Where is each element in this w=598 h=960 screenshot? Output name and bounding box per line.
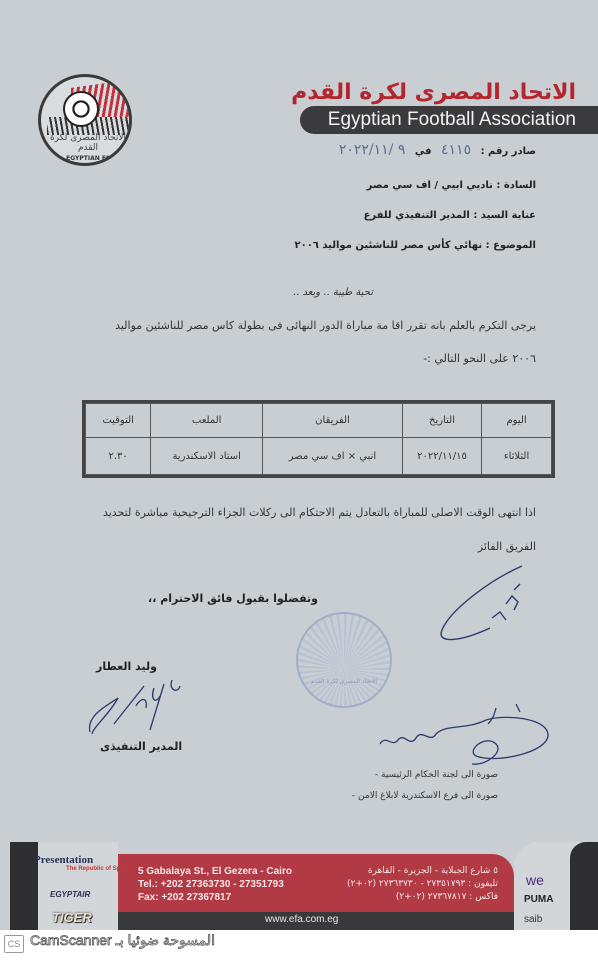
body-paragraph-1-line-2: ٢٠٠٦ على النحو التالي :- bbox=[423, 352, 536, 365]
logo-text-ar: الاتحاد المصرى لكرة القدم bbox=[49, 133, 127, 153]
association-title-en: Egyptian Football Association bbox=[328, 109, 576, 131]
reference-date-label: في bbox=[415, 146, 432, 157]
copy-to-2: صورة الى فرع الاسكندرية لابلاغ الامن - bbox=[352, 791, 498, 801]
official-stamp-icon bbox=[296, 612, 392, 708]
phone-en: Tel.: +202 27363730 - 27351793 bbox=[138, 879, 284, 890]
puma-logo-icon: PUMA bbox=[524, 894, 553, 905]
addressee: السادة : ناديي ابيي / اف سي مصر bbox=[367, 180, 536, 191]
association-title-ar: الاتحاد المصرى لكرة القدم bbox=[291, 80, 576, 105]
letterhead-footer: 5 Gabalaya St., El Gezera - Cairo Tel.: … bbox=[10, 842, 598, 930]
address-ar: ٥ شارع الجبلاية - الجزيرة - القاهرة bbox=[368, 866, 498, 876]
signatory-name: وليد العطار bbox=[96, 660, 157, 673]
signature-right-top-icon bbox=[430, 560, 530, 650]
body-paragraph-1-line-1: يرجى التكرم بالعلم بانه تقرر اقا مة مبار… bbox=[115, 319, 536, 332]
sports-tagline: The Republic of Sports bbox=[66, 866, 132, 872]
logo-text-en: EGYPTIAN FA bbox=[55, 155, 121, 162]
address-en: 5 Gabalaya St., El Gezera - Cairo bbox=[138, 866, 292, 877]
body-paragraph-2-line-2: الفريق الفائز bbox=[478, 540, 536, 553]
header-day: اليوم bbox=[482, 404, 552, 438]
phone-ar: تليفون : ٢٧٣٥١٧٩٣ - ٢٧٣٦٣٧٣٠ (٠٢+٢) bbox=[347, 879, 498, 889]
header-teams: الفريقان bbox=[263, 404, 403, 438]
cell-time: ٢.٣٠ bbox=[86, 438, 151, 475]
match-schedule-table: اليوم التاريخ الفريقان الملعب التوقيت ال… bbox=[82, 400, 555, 478]
table-row: الثلاثاء ٢٠٢٢/١١/١٥ انبي × اف سي مصر است… bbox=[86, 438, 552, 475]
cell-teams: انبي × اف سي مصر bbox=[263, 438, 403, 475]
signatory-title: المدير التنفيذى bbox=[100, 740, 182, 753]
cell-stadium: استاد الاسكندرية bbox=[151, 438, 263, 475]
table-header-row: اليوم التاريخ الفريقان الملعب التوقيت bbox=[86, 404, 552, 438]
we-logo-icon: we bbox=[526, 872, 544, 888]
signature-left-icon bbox=[84, 676, 184, 738]
cell-date: ٢٠٢٢/١١/١٥ bbox=[402, 438, 481, 475]
website-link: www.efa.com.eg bbox=[265, 914, 338, 925]
stamp-text: الاتحاد المصرى لكرة القدم bbox=[306, 678, 382, 685]
letter-page: الاتحاد المصرى لكرة القدم EGYPTIAN FA ال… bbox=[0, 0, 598, 930]
reference-line: صادر رقم : ٤١١٥ في ٩ /٢٠٢٢/١١ bbox=[333, 142, 536, 158]
copy-to-1: صورة الى لجنة الحكام الرئيسية - bbox=[375, 770, 498, 780]
subject-line: الموضوع : نهائي كأس مصر للناشئين مواليد … bbox=[294, 240, 536, 251]
header-time: التوقيت bbox=[86, 404, 151, 438]
presentation-logo-icon: Presentation bbox=[34, 854, 93, 866]
efa-logo-icon: الاتحاد المصرى لكرة القدم EGYPTIAN FA bbox=[38, 74, 132, 166]
fax-ar: فاكس : ٢٧٣٦٧٨١٧ (٠٢+٢) bbox=[396, 892, 498, 902]
tiger-logo-icon: TIGER bbox=[52, 910, 92, 925]
cell-day: الثلاثاء bbox=[482, 438, 552, 475]
body-paragraph-2-line-1: اذا انتهى الوقت الاصلى للمباراة بالتعادل… bbox=[103, 506, 536, 519]
attention-line: عناية السيد : المدير التنفيذي للفرع bbox=[364, 210, 536, 221]
reference-label: صادر رقم : bbox=[481, 146, 536, 157]
camscanner-logo-icon: CS bbox=[4, 935, 24, 953]
egyptair-logo-icon: EGYPTAIR bbox=[50, 890, 90, 899]
saib-logo-icon: saib bbox=[524, 914, 542, 925]
reference-number: ٤١١٥ bbox=[441, 142, 471, 158]
greeting: تحية طيبة .. وبعد .. bbox=[293, 287, 373, 298]
header-stadium: الملعب bbox=[151, 404, 263, 438]
football-icon bbox=[63, 91, 99, 127]
header-date: التاريخ bbox=[402, 404, 481, 438]
camscanner-watermark: المسوحة ضوئيا بـ CamScanner bbox=[30, 932, 215, 949]
reference-date: ٩ /٢٠٢٢/١١ bbox=[339, 142, 406, 158]
fax-en: Fax: +202 27367817 bbox=[138, 892, 231, 903]
signature-right-icon bbox=[376, 704, 556, 774]
closing-line: وتفضلوا بقبول فائق الاحترام ،، bbox=[148, 592, 318, 605]
